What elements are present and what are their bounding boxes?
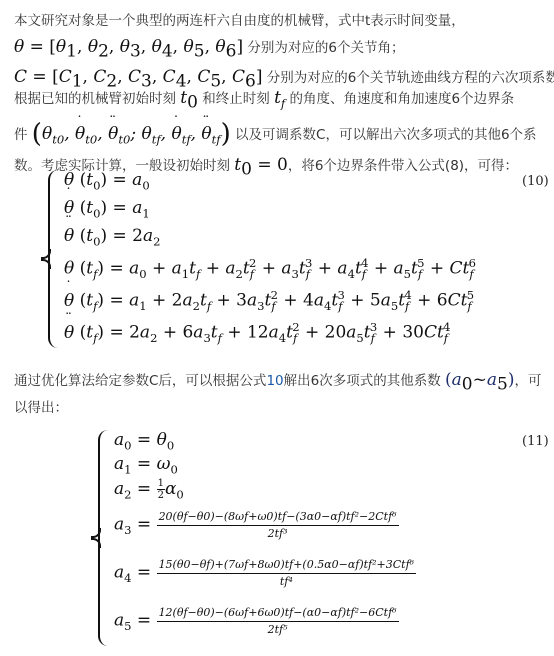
eq11-row-a2: a2 = 12α0: [114, 478, 184, 501]
a4-denominator: tf⁴: [157, 574, 417, 588]
text: 根据已知的机械臂初始时刻: [14, 91, 176, 107]
eq10-row-4: θ (tf) = a0 + a1tf + a2tf2 + a3tf3 + a4t…: [64, 256, 476, 281]
eq11-row-a3: a3 = 20(θf−θ0)−(8ωf+ω0)tf−(3α0−αf)tf²−2C…: [114, 510, 399, 540]
eq11-row-a0: a0 = θ0: [114, 430, 174, 452]
text: 和终止时刻: [202, 91, 270, 107]
a5-denominator: 2tf⁵: [157, 622, 399, 636]
eq10-row-2: θ (t0) = a1: [64, 198, 150, 220]
equation-number-11: (11): [522, 434, 549, 449]
a4-fraction: 15(θ0−θf)+(7ωf+8ω0)tf+(0.5α0−αf)tf²+3Ctf…: [157, 558, 417, 588]
boundary-conditions-math: (θt0, θt0, θt0; θtf, θtf, θtf): [32, 124, 231, 144]
eq11-row-a4: a4 = 15(θ0−θf)+(7ωf+8ω0)tf+(0.5α0−αf)tf²…: [114, 558, 416, 588]
a3-numerator: 20(θf−θ0)−(8ωf+ω0)tf−(3α0−αf)tf²−2Ctf⁶: [157, 510, 399, 526]
eq10-row-5: θ (tf) = a1 + 2a2tf + 3a3tf2 + 4a4tf3 + …: [64, 288, 474, 313]
a5-fraction: 12(θf−θ0)−(6ωf+6ω0)tf−(α0−αf)tf²−6Ctf⁶2t…: [157, 606, 399, 636]
intro-line-1: 本文研究对象是一个典型的两连杆六自由度的机械臂，式中t表示时间变量，: [14, 8, 546, 34]
tf-math: tf: [274, 88, 285, 108]
boundary-line-2: 件 (θt0, θt0, θt0; θtf, θtf, θtf) 以及可调系数C…: [14, 117, 546, 151]
eq11-row-a5: a5 = 12(θf−θ0)−(6ωf+6ω0)tf−(α0−αf)tf²−6C…: [114, 606, 399, 636]
a5-numerator: 12(θf−θ0)−(6ωf+6ω0)tf−(α0−αf)tf²−6Ctf⁶: [157, 606, 399, 622]
intro-line-2: θ = [θ1, θ2, θ3, θ4, θ5, θ6] 分别为对应的6个关节角…: [14, 34, 546, 64]
a3-fraction: 20(θf−θ0)−(8ωf+ω0)tf−(3α0−αf)tf²−2Ctf⁶2t…: [157, 510, 399, 540]
a3-denominator: 2tf³: [157, 526, 399, 540]
text: ，可: [514, 373, 541, 389]
left-brace: [48, 170, 60, 348]
text: 以及可调系数C，可以解出六次多项式的其他6个系: [235, 127, 537, 143]
theta-vector-desc: 分别为对应的6个关节角；: [247, 40, 404, 56]
eq10-row-6: θ (tf) = 2a2 + 6a3tf + 12a4tf2 + 20a5tf3…: [64, 320, 450, 345]
paragraph-intro: 本文研究对象是一个典型的两连杆六自由度的机械臂，式中t表示时间变量， θ = […: [14, 8, 546, 95]
text: 解出6次多项式的其他系数: [284, 373, 441, 389]
text: 件: [14, 127, 28, 143]
equation-number-10: (10): [522, 174, 549, 189]
theta-vector-math: θ = [θ1, θ2, θ3, θ4, θ5, θ6]: [14, 37, 243, 57]
eq10-row-1: θ (t0) = a0: [64, 170, 150, 192]
t0-math: t0: [180, 88, 198, 108]
eq10-row-3: θ (t0) = 2a2: [64, 226, 161, 248]
boundary-line-1: 根据已知的机械臂初始时刻 t0 和终止时刻 tf 的角度、角速度和角加速度6个边…: [14, 84, 546, 117]
coeff-line-2: 以得出：: [14, 396, 546, 420]
a0-a5-math: (a0~a5): [445, 370, 514, 390]
paragraph-coefficients: 通过优化算法给定参数C后，可以根据公式10解出6次多项式的其他系数 (a0~a5…: [14, 368, 546, 420]
equation-ref-link[interactable]: 10: [266, 373, 283, 389]
equation-11: a0 = θ0 a1 = ω0 a2 = 12α0 a3 = 20(θf−θ0)…: [98, 430, 548, 646]
a4-numerator: 15(θ0−θf)+(7ωf+8ω0)tf+(0.5α0−αf)tf²+3Ctf…: [157, 558, 417, 574]
equation-10: θ (t0) = a0 θ (t0) = a1 θ (t0) = 2a2 θ (…: [48, 170, 548, 348]
eq11-row-a1: a1 = ω0: [114, 454, 178, 476]
left-brace: [98, 430, 110, 646]
text: 的角度、角速度和角加速度6个边界条: [289, 91, 514, 107]
coeff-line-1: 通过优化算法给定参数C后，可以根据公式10解出6次多项式的其他系数 (a0~a5…: [14, 368, 546, 396]
paragraph-boundary: 根据已知的机械臂初始时刻 t0 和终止时刻 tf 的角度、角速度和角加速度6个边…: [14, 84, 546, 184]
one-half-fraction: 12: [157, 478, 165, 501]
text: 通过优化算法给定参数C后，可以根据公式: [14, 373, 266, 389]
